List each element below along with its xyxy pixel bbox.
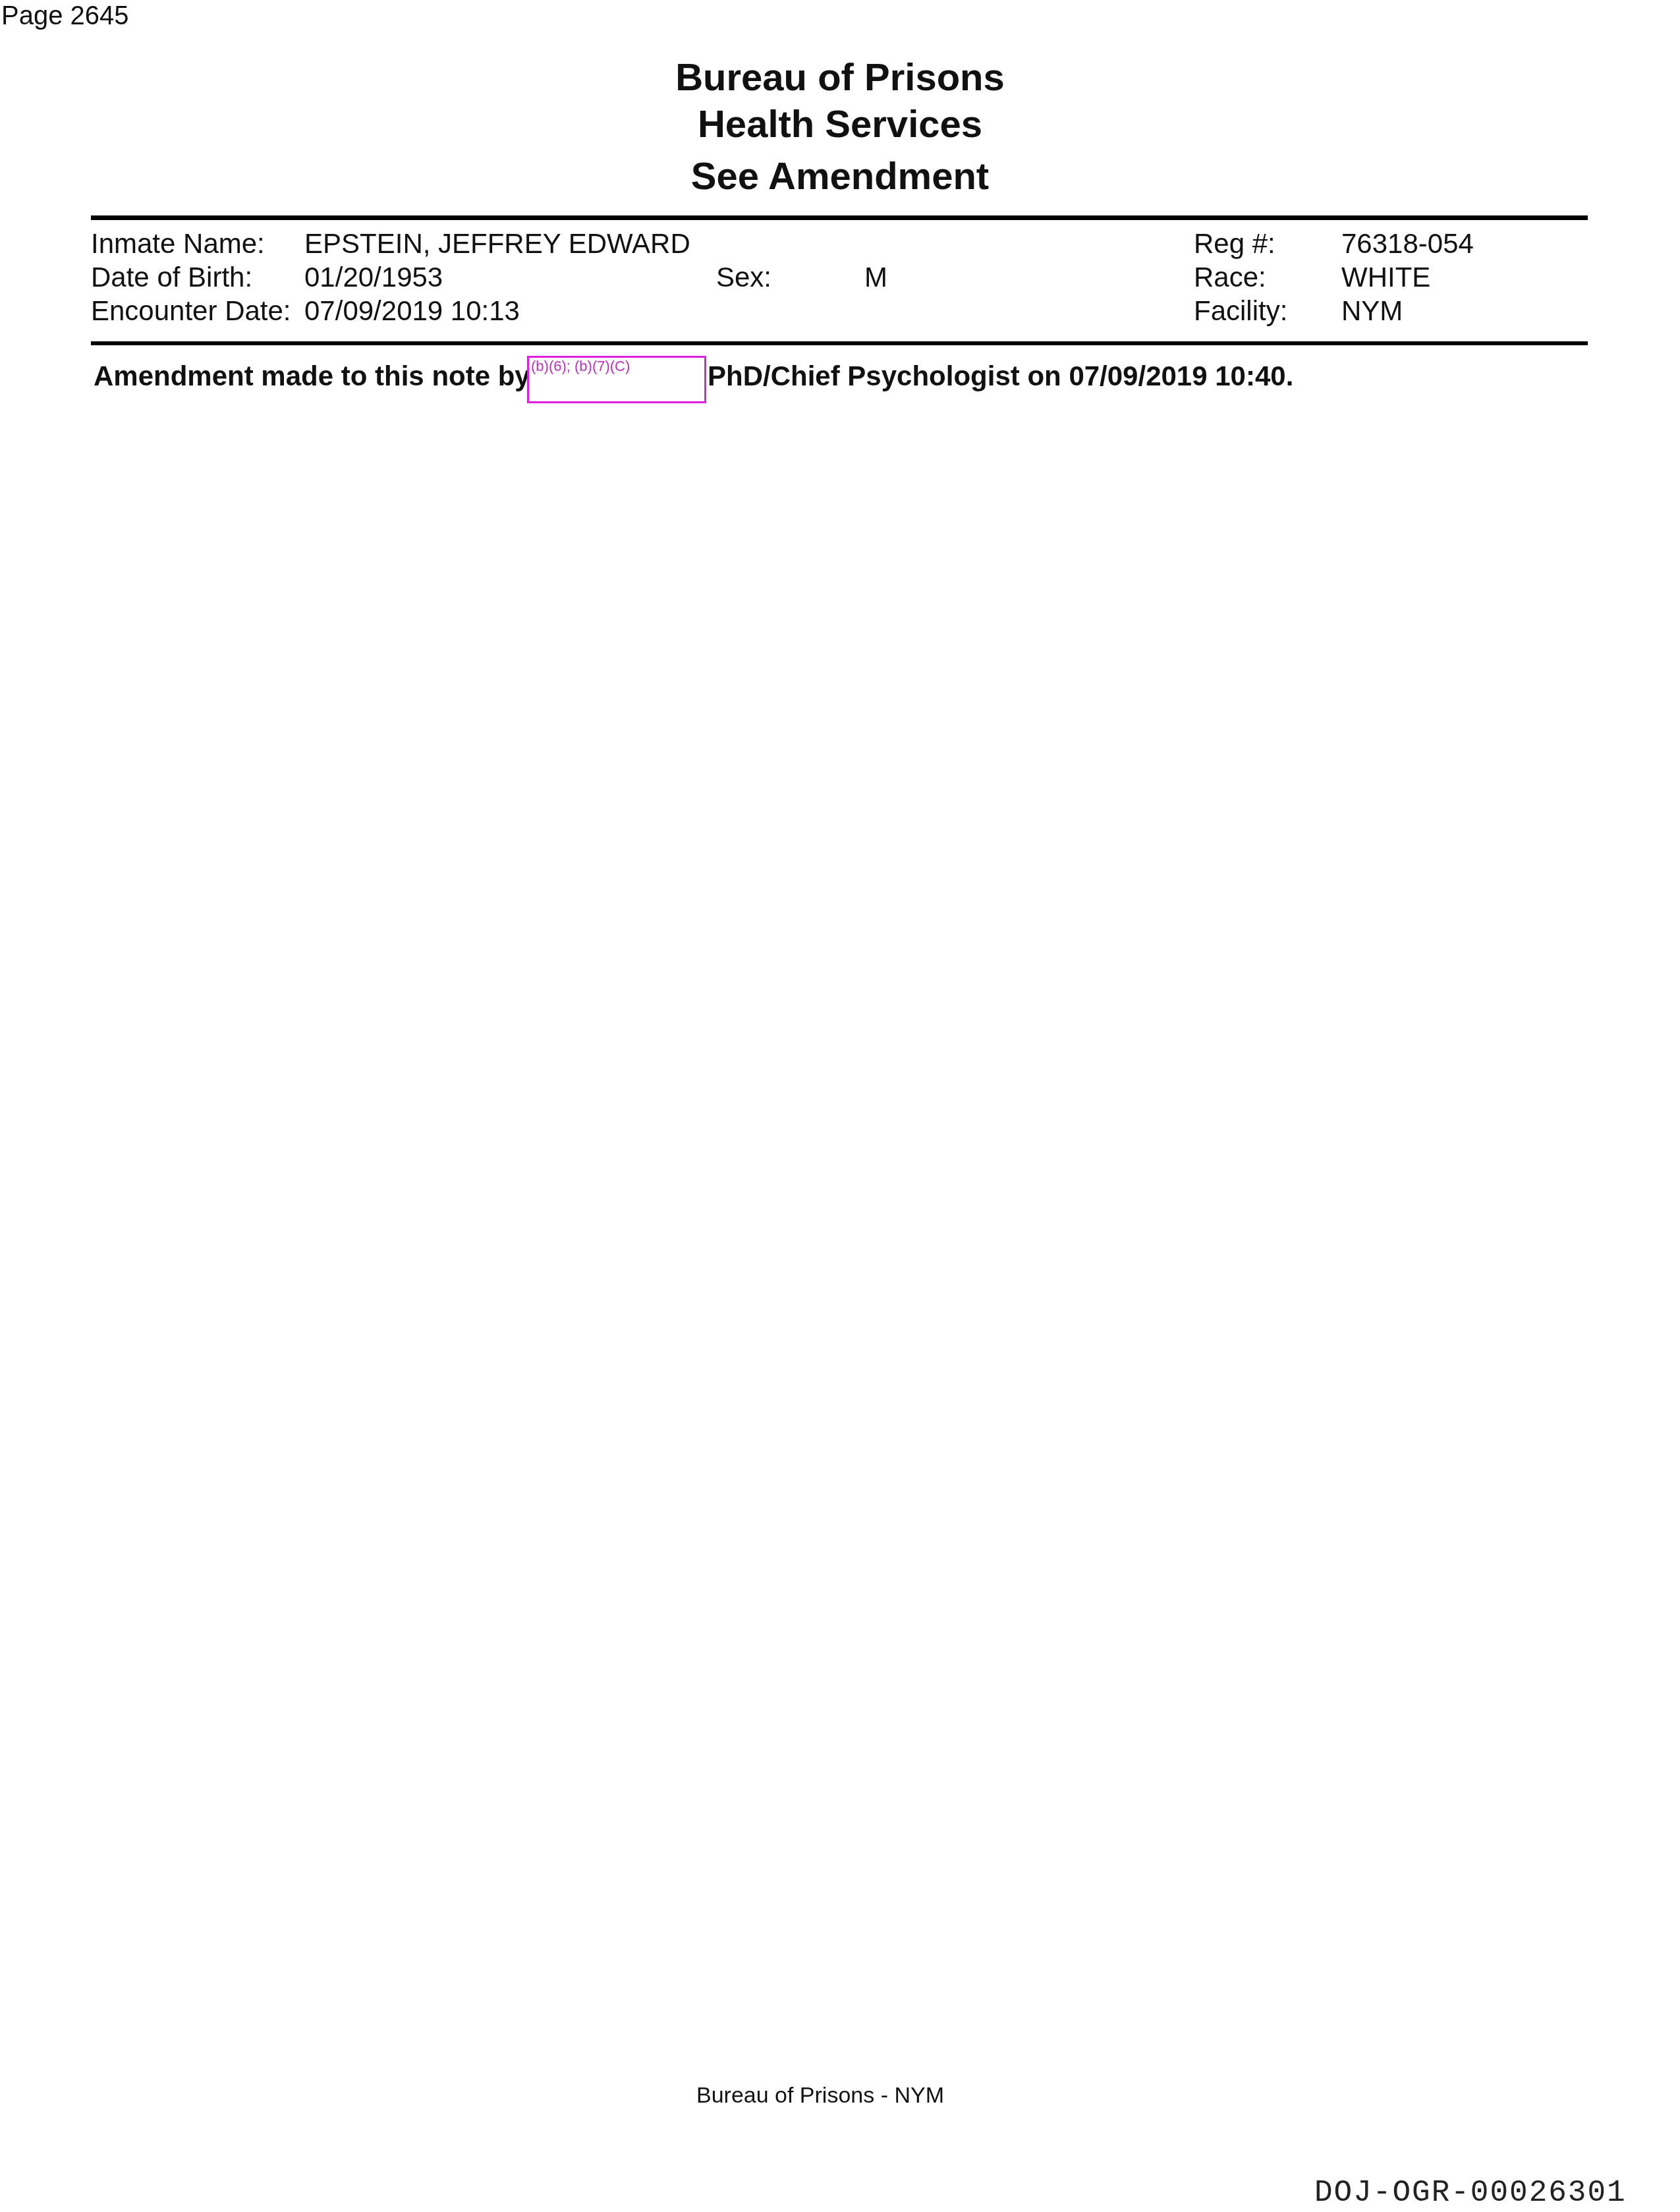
header-title-agency: Bureau of Prisons <box>0 55 1680 101</box>
encounter-date-label: Encounter Date: <box>91 295 291 327</box>
redaction-exemption-code: (b)(6); (b)(7)(C) <box>531 358 630 375</box>
encounter-date-value: 07/09/2019 10:13 <box>304 295 520 327</box>
amendment-prefix-text: Amendment made to this note by <box>94 359 530 393</box>
redaction-box: (b)(6); (b)(7)(C) <box>527 356 706 403</box>
sex-value: M <box>864 261 887 294</box>
dob-value: 01/20/1953 <box>304 261 443 294</box>
sex-label: Sex: <box>716 261 771 294</box>
page-footer: Bureau of Prisons - NYM <box>0 2082 1640 2109</box>
header-divider-top <box>91 215 1588 220</box>
facility-label: Facility: <box>1194 295 1287 327</box>
race-label: Race: <box>1194 261 1266 294</box>
inmate-name-label: Inmate Name: <box>91 227 265 260</box>
bates-number: DOJ-OGR-00026301 <box>1314 2174 1627 2211</box>
inmate-name-value: EPSTEIN, JEFFREY EDWARD <box>304 227 690 260</box>
race-value: WHITE <box>1341 261 1430 294</box>
facility-value: NYM <box>1341 295 1403 327</box>
header-title-department: Health Services <box>0 101 1680 148</box>
header-title-document-type: See Amendment <box>0 154 1680 200</box>
reg-number-value: 76318-054 <box>1341 227 1474 260</box>
amendment-suffix-text: PhD/Chief Psychologist on 07/09/2019 10:… <box>708 359 1293 393</box>
reg-number-label: Reg #: <box>1194 227 1275 260</box>
header-divider-bottom <box>91 341 1588 345</box>
dob-label: Date of Birth: <box>91 261 252 294</box>
page-number: Page 2645 <box>1 0 129 32</box>
